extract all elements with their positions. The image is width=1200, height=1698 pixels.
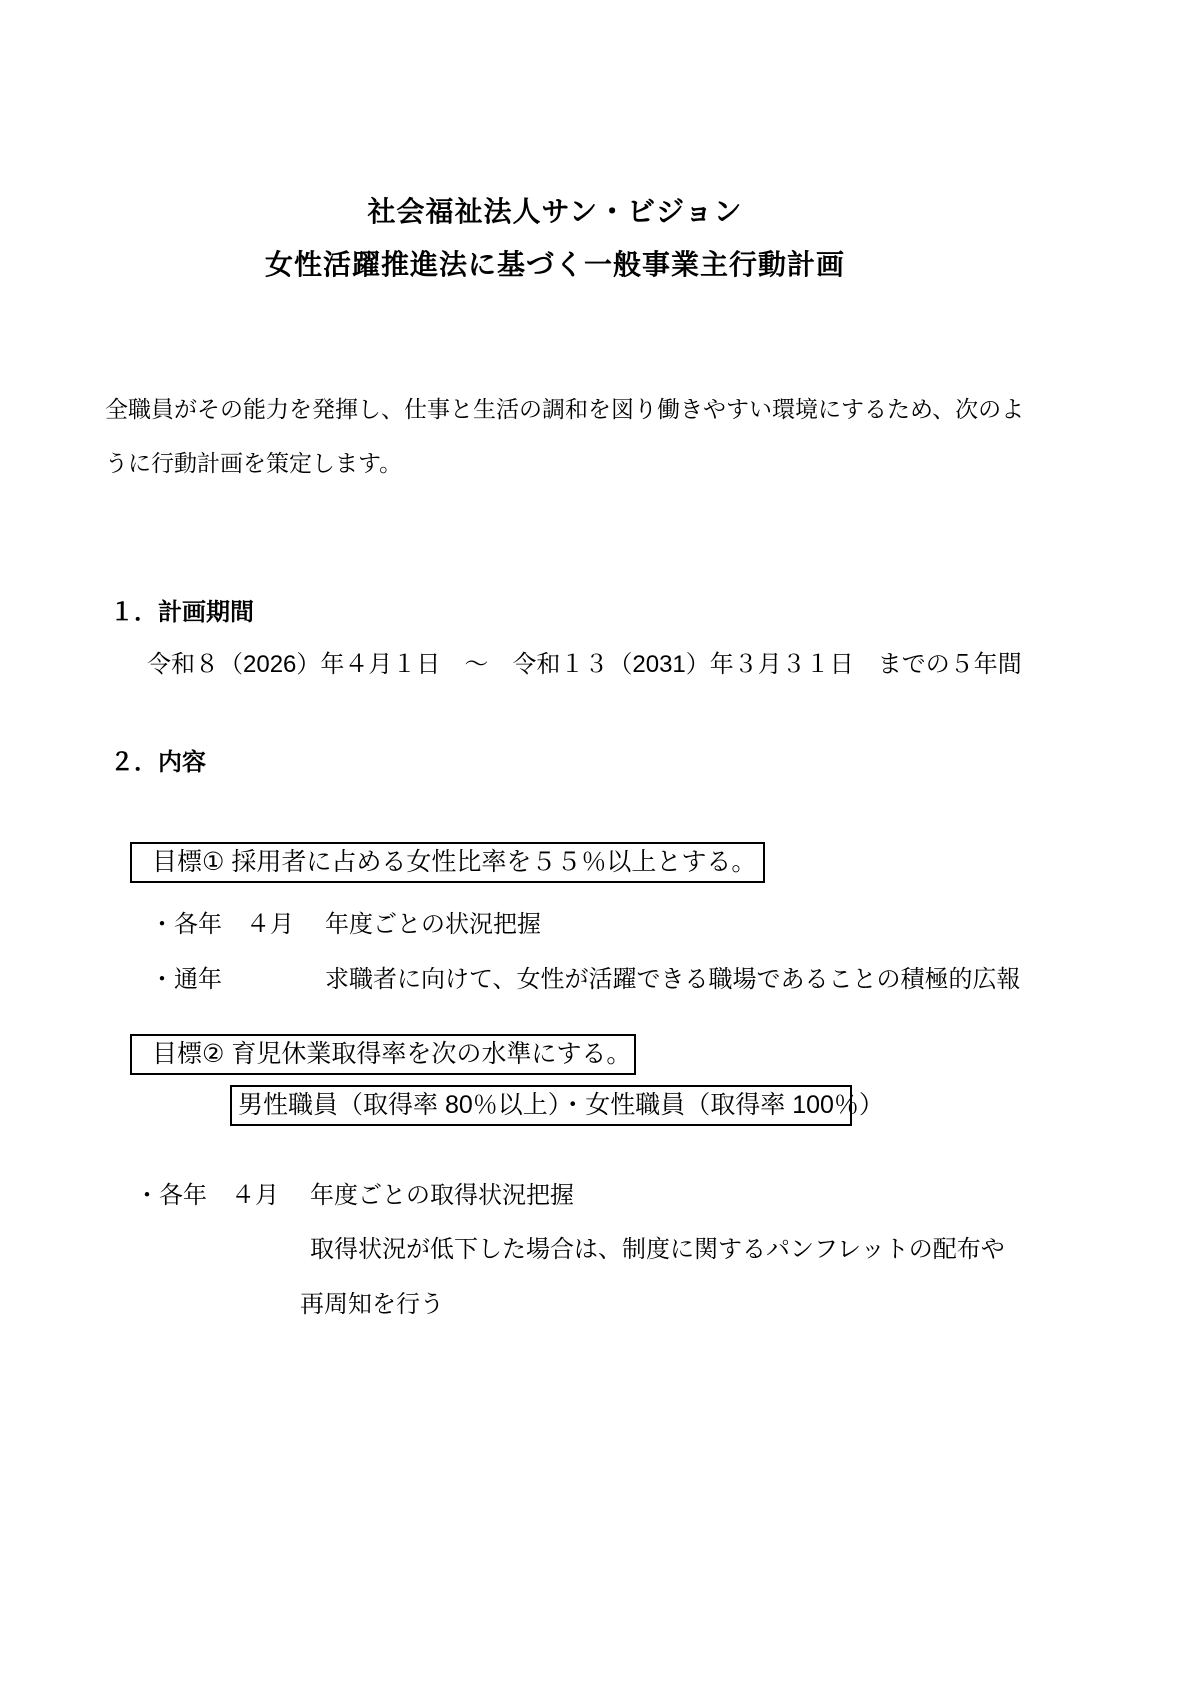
document-page: 社会福祉法人サン・ビジョン 女性活躍推進法に基づく一般事業主行動計画 全職員がそ… — [0, 0, 1200, 1698]
goal2-item1-label: ・各年 ４月 — [135, 1175, 279, 1210]
section1-period-text: 令和８（2026）年４月１日 ～ 令和１３（2031）年３月３１日 までの５年間 — [147, 644, 1022, 679]
intro-paragraph-line-2: うに行動計画を策定します。 — [105, 445, 402, 478]
section1-heading: １．計画期間 — [110, 592, 254, 627]
goal2-box: 目標② 育児休業取得率を次の水準にする。 — [130, 1034, 636, 1075]
goal1-box: 目標① 採用者に占める女性比率を５５％以上とする。 — [130, 842, 765, 883]
goal2-target-rate-box: 男性職員（取得率 80％以上）・女性職員（取得率 100％） — [230, 1085, 852, 1126]
section2-heading: ２．内容 — [110, 742, 206, 777]
goal1-item2-desc: 求職者に向けて、女性が活躍できる職場であることの積極的広報 — [325, 959, 1021, 994]
goal1-item1-label: ・各年 ４月 — [150, 904, 294, 939]
goal2-item1-desc: 年度ごとの取得状況把握 — [310, 1175, 574, 1210]
goal2-item2-desc: 取得状況が低下した場合は、制度に関するパンフレットの配布や — [310, 1229, 1005, 1264]
goal2-item3-desc: 再周知を行う — [300, 1284, 444, 1319]
goal1-item2-label: ・通年 — [150, 959, 222, 994]
document-title-line-2: 女性活躍推進法に基づく一般事業主行動計画 — [0, 243, 1110, 283]
intro-paragraph-line-1: 全職員がその能力を発揮し、仕事と生活の調和を図り働きやすい環境にするため、次のよ — [105, 391, 1024, 424]
goal1-item1-desc: 年度ごとの状況把握 — [325, 904, 541, 939]
document-title-line-1: 社会福祉法人サン・ビジョン — [0, 190, 1110, 230]
